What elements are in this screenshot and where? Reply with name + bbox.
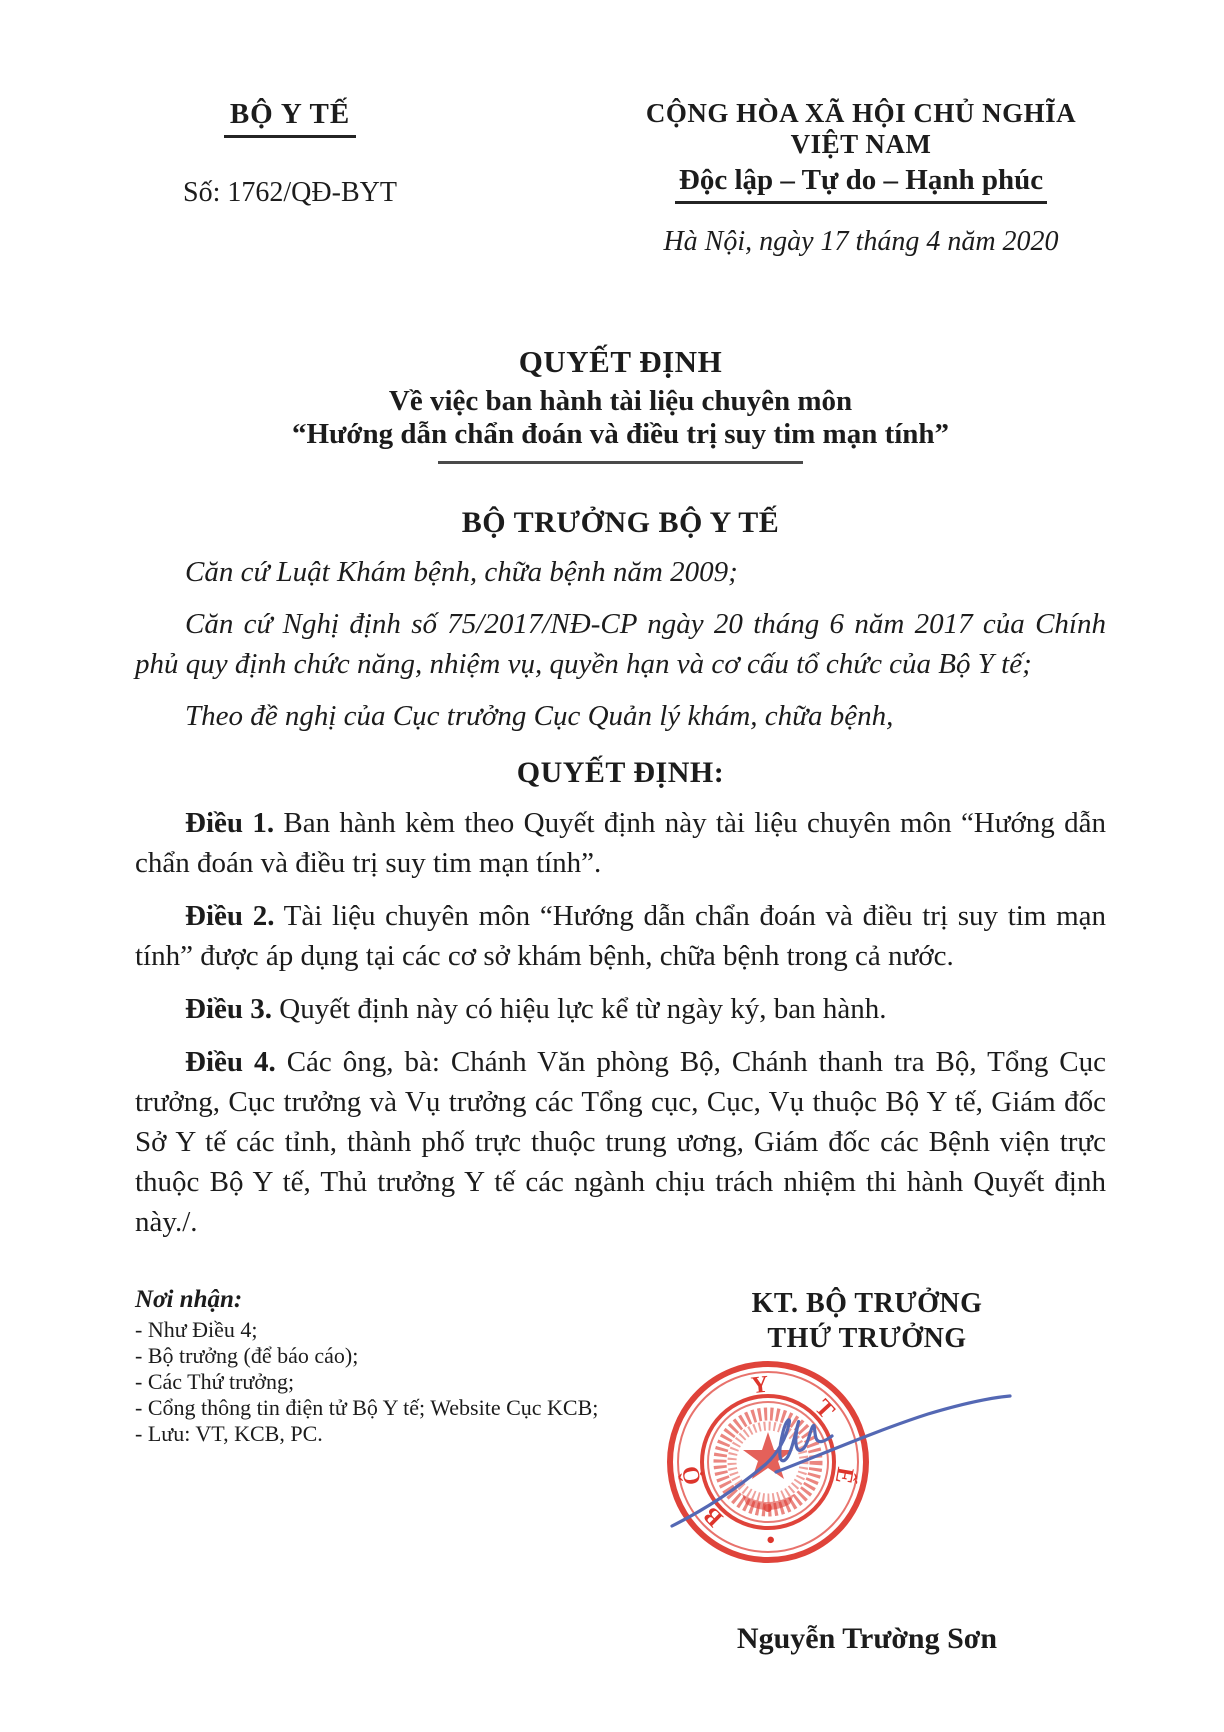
title-block: QUYẾT ĐỊNH Về việc ban hành tài liệu chu…: [135, 344, 1106, 464]
document-footer: Nơi nhận: - Như Điều 4; - Bộ trưởng (để …: [135, 1286, 1106, 1656]
national-motto: Độc lập – Tự do – Hạnh phúc: [675, 164, 1047, 204]
signer-position-line: THỨ TRƯỞNG: [628, 1321, 1106, 1356]
issuing-org-block: BỘ Y TẾ Số: 1762/QĐ-BYT: [135, 98, 445, 209]
preamble-paragraph: Căn cứ Nghị định số 75/2017/NĐ-CP ngày 2…: [135, 604, 1106, 684]
country-title: CỘNG HÒA XÃ HỘI CHỦ NGHĨA VIỆT NAM: [616, 98, 1106, 160]
handwritten-signature: [658, 1368, 1018, 1568]
title-underline-rule: [438, 461, 803, 464]
recipients-heading: Nơi nhận:: [135, 1286, 605, 1314]
document-page: BỘ Y TẾ Số: 1762/QĐ-BYT CỘNG HÒA XÃ HỘI …: [0, 0, 1224, 1732]
document-subject-line1: Về việc ban hành tài liệu chuyên môn: [135, 385, 1106, 418]
signer-capacity-line: KT. BỘ TRƯỞNG: [628, 1286, 1106, 1321]
article-2-text: Tài liệu chuyên môn “Hướng dẫn chẩn đoán…: [135, 900, 1106, 972]
preamble-section: Căn cứ Luật Khám bệnh, chữa bệnh năm 200…: [135, 552, 1106, 736]
article-2-paragraph: Điều 2. Tài liệu chuyên môn “Hướng dẫn c…: [135, 896, 1106, 976]
article-3-paragraph: Điều 3. Quyết định này có hiệu lực kể từ…: [135, 989, 1106, 1029]
recipient-item: - Các Thứ trưởng;: [135, 1369, 605, 1395]
article-3-text: Quyết định này có hiệu lực kể từ ngày ký…: [272, 993, 887, 1025]
article-1-paragraph: Điều 1. Ban hành kèm theo Quyết định này…: [135, 803, 1106, 883]
recipient-item: - Như Điều 4;: [135, 1317, 605, 1343]
signer-name: Nguyễn Trường Sơn: [628, 1622, 1106, 1656]
authority-title: BỘ TRƯỞNG BỘ Y TẾ: [135, 506, 1106, 540]
article-4-text: Các ông, bà: Chánh Văn phòng Bộ, Chánh t…: [135, 1046, 1106, 1238]
document-header: BỘ Y TẾ Số: 1762/QĐ-BYT CỘNG HÒA XÃ HỘI …: [135, 98, 1106, 258]
articles-section: Điều 1. Ban hành kèm theo Quyết định này…: [135, 803, 1106, 1242]
recipients-block: Nơi nhận: - Như Điều 4; - Bộ trưởng (để …: [135, 1286, 605, 1447]
place-and-date: Hà Nội, ngày 17 tháng 4 năm 2020: [616, 226, 1106, 258]
article-4-paragraph: Điều 4. Các ông, bà: Chánh Văn phòng Bộ,…: [135, 1042, 1106, 1242]
document-type-title: QUYẾT ĐỊNH: [135, 344, 1106, 380]
recipient-item: - Cổng thông tin điện tử Bộ Y tế; Websit…: [135, 1395, 605, 1421]
recipient-item: - Lưu: VT, KCB, PC.: [135, 1421, 605, 1447]
preamble-paragraph: Theo đề nghị của Cục trưởng Cục Quản lý …: [135, 696, 1106, 736]
article-4-label: Điều 4.: [185, 1046, 276, 1078]
decision-heading: QUYẾT ĐỊNH:: [135, 756, 1106, 790]
recipients-list: - Như Điều 4; - Bộ trưởng (để báo cáo); …: [135, 1317, 605, 1447]
article-2-label: Điều 2.: [185, 900, 274, 932]
recipient-item: - Bộ trưởng (để báo cáo);: [135, 1343, 605, 1369]
seal-and-signature-area: B Ộ Y T Ế •: [628, 1358, 1106, 1608]
document-subject-line2: “Hướng dẫn chẩn đoán và điều trị suy tim…: [135, 418, 1106, 451]
document-content: BỘ Y TẾ Số: 1762/QĐ-BYT CỘNG HÒA XÃ HỘI …: [0, 0, 1224, 1656]
article-1-text: Ban hành kèm theo Quyết định này tài liệ…: [135, 807, 1106, 879]
article-3-label: Điều 3.: [185, 993, 272, 1025]
issuing-org-name: BỘ Y TẾ: [224, 98, 356, 138]
document-number: Số: 1762/QĐ-BYT: [135, 177, 445, 209]
preamble-paragraph: Căn cứ Luật Khám bệnh, chữa bệnh năm 200…: [135, 552, 1106, 592]
signature-block: KT. BỘ TRƯỞNG THỨ TRƯỞNG: [628, 1286, 1106, 1656]
article-1-label: Điều 1.: [185, 807, 274, 839]
national-header-block: CỘNG HÒA XÃ HỘI CHỦ NGHĨA VIỆT NAM Độc l…: [616, 98, 1106, 258]
